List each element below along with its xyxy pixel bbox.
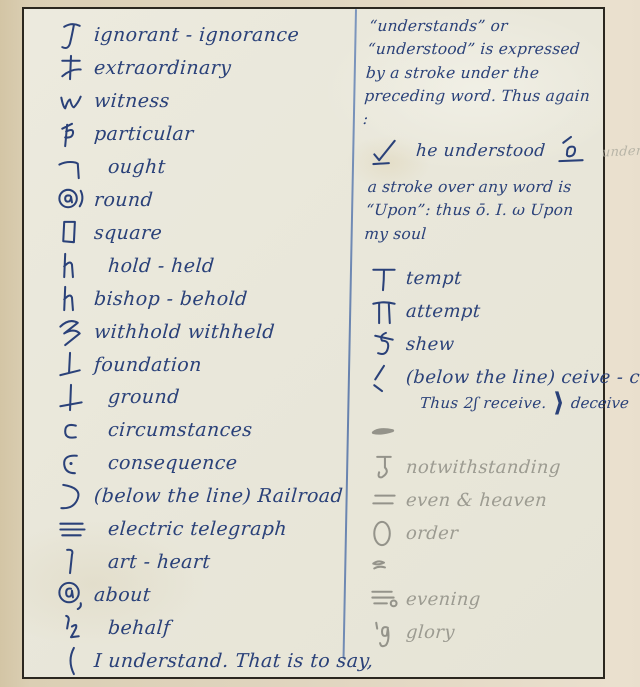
ought-hook-icon (54, 152, 94, 183)
t-overbar-icon (366, 263, 406, 294)
shorthand-entry: about (54, 578, 349, 611)
shorthand-entry: (below the line) Railroad (54, 480, 349, 513)
entry-label: order (405, 523, 459, 544)
o-underlined-icon (554, 135, 594, 166)
shorthand-entry (366, 550, 602, 583)
h-icon (54, 283, 94, 314)
half-2-icon (54, 612, 94, 643)
entry-label: ignorant - ignorance (93, 24, 300, 46)
entry-label: I understand. That is to say, (93, 650, 374, 672)
entry-label: hold - held (107, 255, 215, 277)
w-icon (54, 86, 94, 117)
crossed-y-icon (54, 53, 94, 84)
entry-label: square (93, 222, 163, 244)
entry-label: (below the line) Railroad (93, 485, 344, 507)
triple-line-icon (54, 514, 94, 545)
shorthand-entry: attempt (366, 295, 602, 328)
shorthand-entry: withhold withheld (54, 315, 349, 348)
pi-icon (366, 296, 406, 327)
shorthand-entry: I understand. That is to say, (54, 644, 349, 677)
zigzag-icon (54, 316, 94, 347)
shorthand-entry: behalf (54, 611, 349, 644)
g-mark-icon (366, 617, 406, 648)
circled-at-icon (54, 579, 94, 610)
entry-label: electric telegraph (107, 518, 288, 540)
example-he-understood: he understood understanding (368, 135, 602, 166)
entry-label: bishop - behold (93, 288, 248, 310)
paragraph-upon-rule: a stroke over any word is “Upon”: thus ō… (364, 176, 605, 246)
big-curve-icon (54, 481, 94, 512)
right-column: “understands” or “understood” is express… (366, 15, 602, 675)
shorthand-entry: extraordinary (54, 52, 349, 85)
circled-a-paren-icon (54, 184, 94, 215)
shorthand-entry: shew (366, 328, 602, 361)
double-line-icon (366, 485, 406, 516)
entry-sublabel: Thus 2ʃ receive. (419, 394, 547, 412)
shorthand-entry: witness (54, 85, 349, 118)
entry-label: ground (107, 386, 180, 408)
shorthand-entry: hold - held (54, 249, 349, 282)
entry-label: consequence (107, 452, 238, 474)
square-outline-icon (54, 217, 94, 248)
c-icon (54, 415, 94, 446)
shorthand-entry: foundation (54, 348, 349, 381)
entry-label: withhold withheld (93, 321, 275, 343)
shorthand-entry: bishop - behold (54, 282, 349, 315)
entry-label: extraordinary (93, 57, 232, 79)
ground-base-icon (54, 382, 94, 413)
entry-label: ought (107, 156, 166, 178)
pencil-annotation: understanding (601, 141, 640, 161)
shorthand-entry: round (54, 184, 349, 217)
entry-label: (below the line) ceive - ceive. (405, 367, 640, 388)
shorthand-entry: consequence (54, 447, 349, 480)
s-hook-icon (366, 452, 406, 483)
shorthand-entry: ignorant - ignorance (54, 19, 349, 52)
entry-label: attempt (405, 301, 481, 322)
entry-label: even & heaven (405, 490, 548, 511)
entry-label: foundation (93, 354, 202, 376)
vert-stroke-icon (54, 546, 94, 577)
shorthand-entry: glory (366, 616, 602, 649)
manuscript-photo: { "colors": { "ink": "#2a4179", "pencil"… (0, 0, 640, 687)
h-icon (54, 250, 94, 281)
brace-icon: ⟩ (553, 390, 565, 416)
entry-label: behalf (107, 617, 171, 639)
smudge-icon (366, 419, 406, 450)
entry-label: art - heart (107, 551, 211, 573)
shorthand-entry: electric telegraph (54, 513, 349, 546)
tiny-scribble-icon (366, 551, 406, 582)
c-dot-icon (54, 448, 94, 479)
shorthand-entry: ought (54, 151, 349, 184)
delta-slash-icon (366, 329, 406, 360)
entry-label: tempt (405, 268, 462, 289)
angle-stroke-icon (366, 362, 406, 393)
entry-label: about (93, 584, 151, 606)
check-underline-icon (368, 135, 408, 166)
entry-label: evening (405, 589, 481, 610)
entry-label: circumstances (107, 419, 253, 441)
paragraph-understood-rule: “understands” or “understood” is express… (362, 15, 606, 131)
shorthand-entry: ground (54, 381, 349, 414)
oval-icon (366, 518, 406, 549)
entry-label: notwithstanding (405, 457, 561, 478)
shorthand-entry (366, 418, 602, 451)
triple-line-o-icon (366, 584, 406, 615)
open-paren-icon (54, 645, 94, 676)
entry-label: particular (93, 123, 194, 145)
shorthand-entry: particular (54, 118, 349, 151)
shorthand-entry: square (54, 216, 349, 249)
entry-label: witness (93, 90, 170, 112)
right-entry-list: temptattemptshew(below the line) ceive -… (366, 262, 602, 649)
entry-subline: Thus 2ʃ receive.⟩deceive (420, 390, 602, 416)
shorthand-entry: order (366, 517, 602, 550)
entry-note: deceive (570, 394, 630, 412)
shorthand-entry: notwithstanding (366, 451, 602, 484)
p-slash-icon (54, 119, 94, 150)
j-stroke-icon (54, 20, 94, 51)
shorthand-entry: even & heaven (366, 484, 602, 517)
entry-label: shew (405, 334, 455, 355)
entry-label: glory (405, 622, 455, 643)
shorthand-entry: art - heart (54, 546, 349, 579)
entry-label: round (93, 189, 154, 211)
example-text: he understood (415, 141, 546, 161)
shorthand-entry: circumstances (54, 414, 349, 447)
foundation-perp-icon (54, 349, 94, 380)
shorthand-entry: tempt (366, 262, 602, 295)
shorthand-entry: evening (366, 583, 602, 616)
left-column: ignorant - ignoranceextraordinarywitness… (54, 19, 349, 677)
manuscript-page: ignorant - ignoranceextraordinarywitness… (22, 7, 605, 679)
